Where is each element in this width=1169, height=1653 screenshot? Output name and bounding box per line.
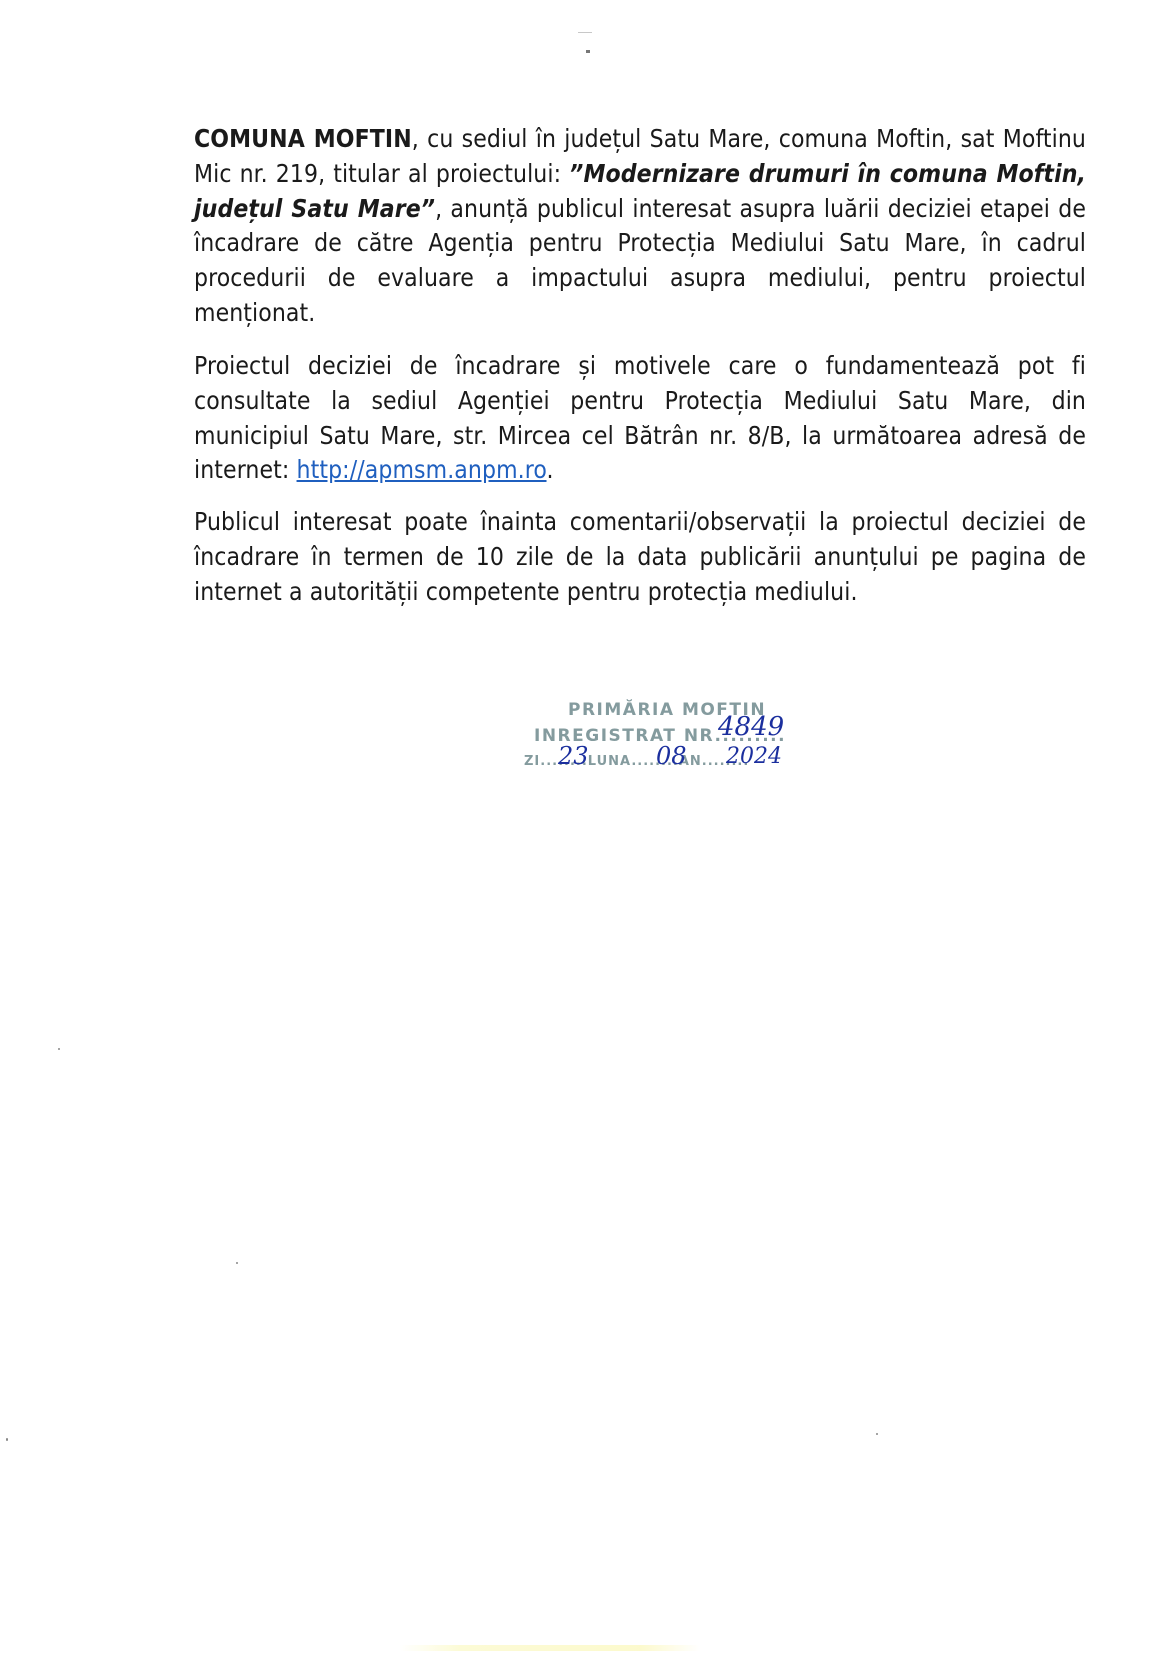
scan-edge-highlight (400, 1645, 700, 1651)
announcement-paragraph-3: Publicul interesat poate înainta comenta… (194, 505, 1086, 609)
handwritten-month: 08 (656, 742, 687, 770)
paragraph-2-trailing: . (547, 455, 554, 484)
scan-speck (58, 1048, 60, 1050)
scan-artifact-dot (586, 50, 590, 53)
scan-artifact-dash (578, 32, 592, 33)
announcement-paragraph-2: Proiectul deciziei de încadrare și motiv… (194, 349, 1086, 488)
handwritten-registration-number: 4849 (718, 712, 784, 742)
announcement-paragraph-1: COMUNA MOFTIN, cu sediul în județul Satu… (194, 122, 1086, 331)
handwritten-year: 2024 (726, 744, 782, 769)
registration-stamp: PRIMĂRIA MOFTIN INREGISTRAT NR......... … (520, 698, 800, 788)
paragraph-3-text: Publicul interesat poate înainta comenta… (194, 507, 1086, 606)
scanned-document-page: COMUNA MOFTIN, cu sediul în județul Satu… (0, 0, 1169, 1653)
handwritten-day: 23 (558, 742, 589, 770)
scan-speck (6, 1438, 8, 1441)
scan-speck (876, 1433, 878, 1435)
scan-artifact-mark (578, 30, 596, 58)
issuer-name: COMUNA MOFTIN (194, 124, 412, 153)
apm-website-link[interactable]: http://apmsm.anpm.ro (297, 455, 547, 484)
scan-speck (236, 1262, 238, 1264)
